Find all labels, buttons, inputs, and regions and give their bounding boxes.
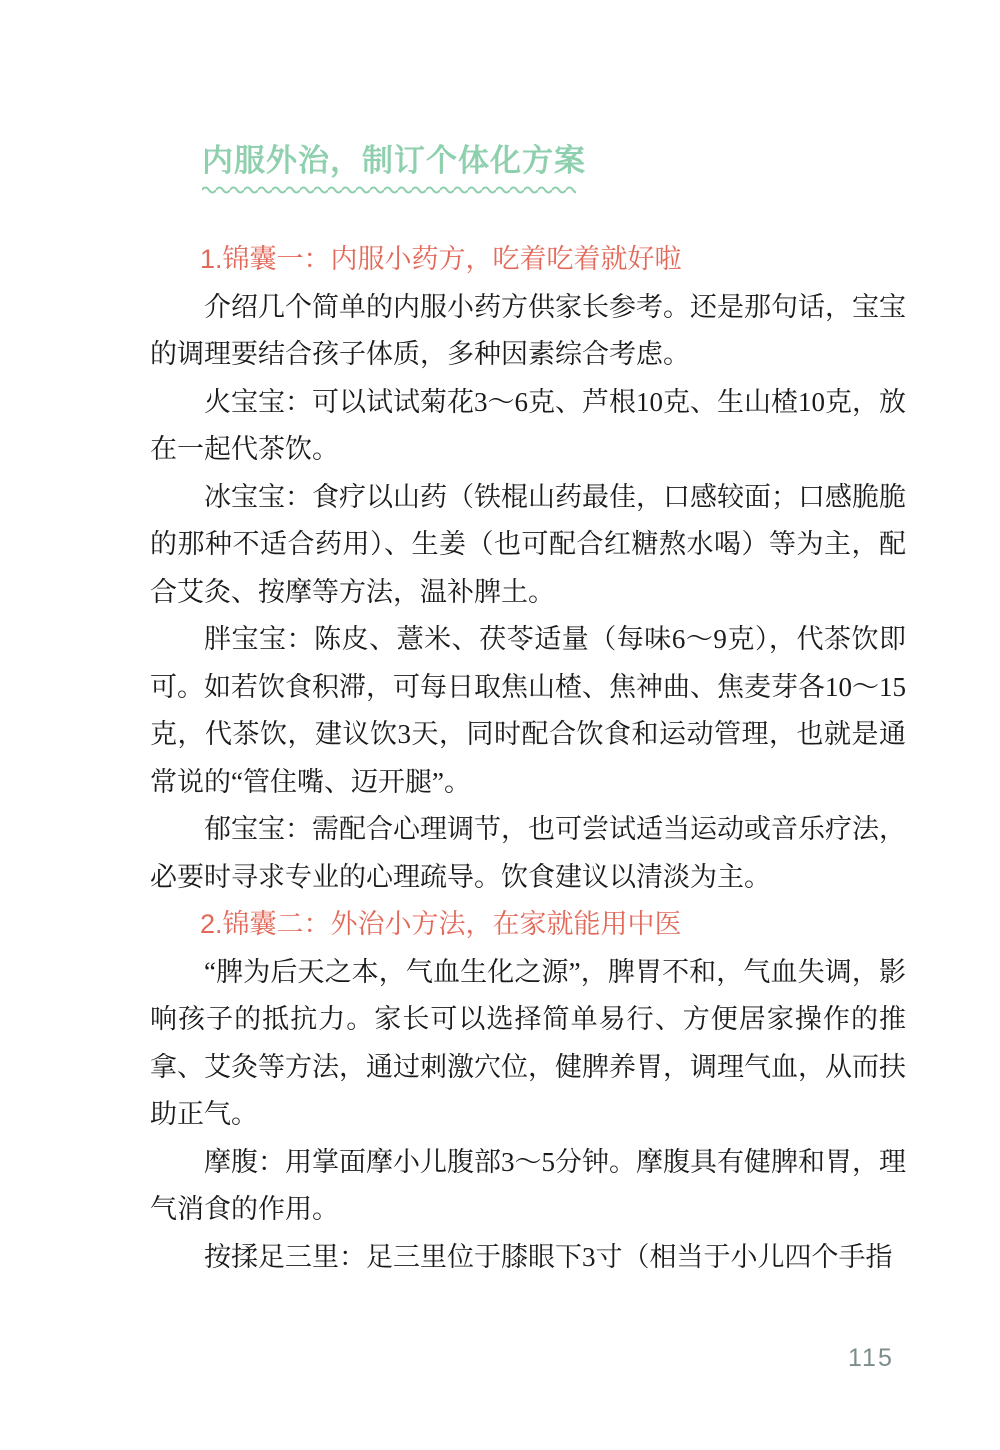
section-inner-treatment: 1.锦囊一：内服小药方，吃着吃着就好啦 介绍几个简单的内服小药方供家长参考。还是…: [150, 236, 906, 901]
page-number: 115: [848, 1344, 894, 1373]
section-external-treatment: 2.锦囊二：外治小方法，在家就能用中医 “脾为后天之本，气血生化之源”，脾胃不和…: [150, 901, 906, 1281]
paragraph-zusanli: 按揉足三里：足三里位于膝眼下3寸（相当于小儿四个手指: [150, 1234, 906, 1282]
paragraph-fire-baby: 火宝宝：可以试试菊花3～6克、芦根10克、生山楂10克，放在一起代茶饮。: [150, 379, 906, 474]
paragraph-intro: 介绍几个简单的内服小药方供家长参考。还是那句话，宝宝的调理要结合孩子体质，多种因…: [150, 284, 906, 379]
paragraph-chubby-baby: 胖宝宝：陈皮、薏米、茯苓适量（每味6～9克），代茶饮即可。如若饮食积滞，可每日取…: [150, 616, 906, 806]
section-heading-2: 2.锦囊二：外治小方法，在家就能用中医: [200, 901, 906, 949]
paragraph-spleen-intro: “脾为后天之本，气血生化之源”，脾胃不和，气血失调，影响孩子的抵抗力。家长可以选…: [150, 949, 906, 1139]
chapter-title: 内服外治，制订个体化方案: [202, 140, 906, 182]
title-wavy-underline-icon: [202, 184, 576, 196]
book-page: 内服外治，制订个体化方案 1.锦囊一：内服小药方，吃着吃着就好啦 介绍几个简单的…: [0, 0, 1000, 1450]
paragraph-ice-baby: 冰宝宝：食疗以山药（铁棍山药最佳，口感较面；口感脆脆的那种不适合药用）、生姜（也…: [150, 474, 906, 617]
paragraph-abdomen-massage: 摩腹：用掌面摩小儿腹部3～5分钟。摩腹具有健脾和胃，理气消食的作用。: [150, 1139, 906, 1234]
paragraph-gloomy-baby: 郁宝宝：需配合心理调节，也可尝试适当运动或音乐疗法，必要时寻求专业的心理疏导。饮…: [150, 806, 906, 901]
page-content: 内服外治，制订个体化方案 1.锦囊一：内服小药方，吃着吃着就好啦 介绍几个简单的…: [150, 140, 906, 1281]
section-heading-1: 1.锦囊一：内服小药方，吃着吃着就好啦: [200, 236, 906, 284]
